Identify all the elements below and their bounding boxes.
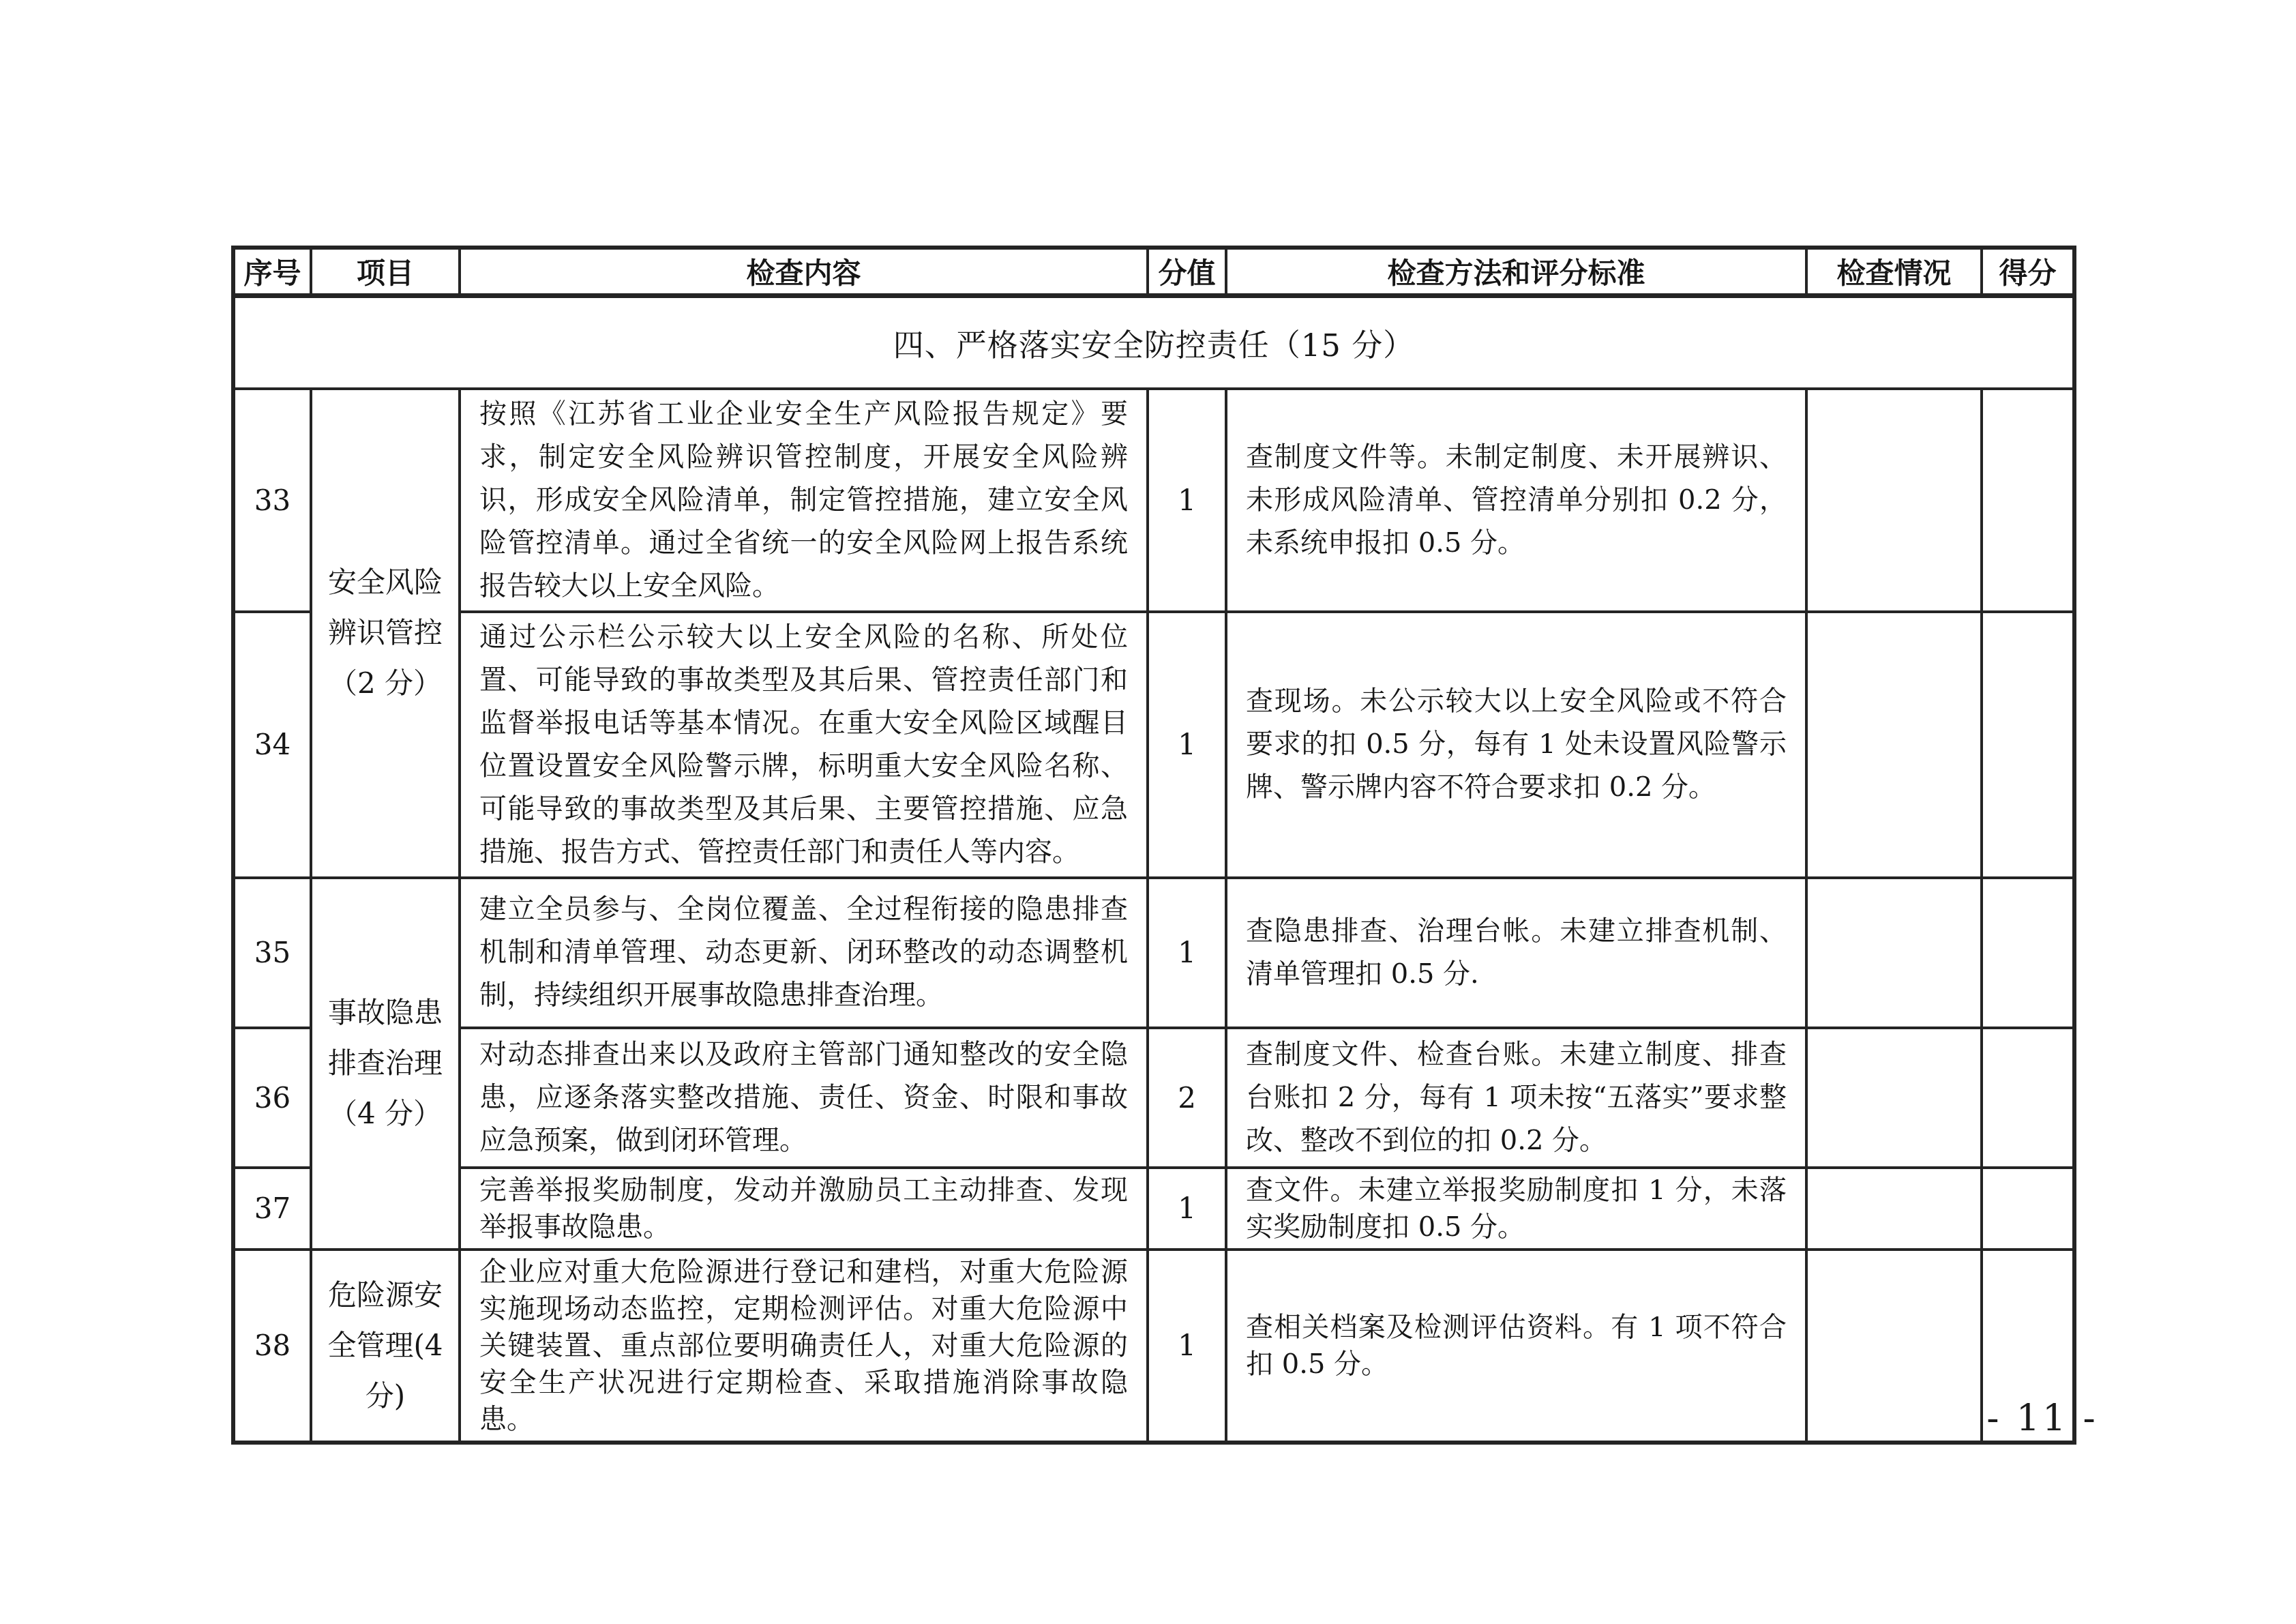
row-38-number: 38: [233, 1250, 311, 1443]
row-38-method: 查相关档案及检测评估资料。有 1 项不符合扣 0.5 分。: [1226, 1250, 1806, 1443]
row-36-number: 36: [233, 1028, 311, 1168]
row-35-score-value: 1: [1148, 878, 1226, 1028]
project-line: 事故隐患: [315, 988, 456, 1038]
row-37-method: 查文件。未建立举报奖励制度扣 1 分，未落实奖励制度扣 0.5 分。: [1226, 1168, 1806, 1250]
row-37-situation-cell: [1806, 1168, 1982, 1250]
row-34-number: 34: [233, 612, 311, 878]
row-37-score-value: 1: [1148, 1168, 1226, 1250]
project-line: 全管理(4: [315, 1320, 456, 1371]
row-33-content: 按照《江苏省工业企业安全生产风险报告规定》要求，制定安全风险辨识管控制度，开展安…: [460, 389, 1148, 612]
row-36-content: 对动态排查出来以及政府主管部门通知整改的安全隐患，应逐条落实整改措施、责任、资金…: [460, 1028, 1148, 1168]
row-34-content: 通过公示栏公示较大以上安全风险的名称、所处位置、可能导致的事故类型及其后果、管控…: [460, 612, 1148, 878]
table-row-38: 38 危险源安 全管理(4 分) 企业应对重大危险源进行登记和建档，对重大危险源…: [233, 1250, 2074, 1443]
row-37-content: 完善举报奖励制度，发动并激励员工主动排查、发现举报事故隐患。: [460, 1168, 1148, 1250]
row-37-number: 37: [233, 1168, 311, 1250]
section-title: 四、严格落实安全防控责任（15 分）: [233, 296, 2074, 389]
row-33-number: 33: [233, 389, 311, 612]
section-header-row: 四、严格落实安全防控责任（15 分）: [233, 296, 2074, 389]
row-33-score-value: 1: [1148, 389, 1226, 612]
row-34-score-value: 1: [1148, 612, 1226, 878]
row-38-score-value: 1: [1148, 1250, 1226, 1443]
table-row-36: 36 对动态排查出来以及政府主管部门通知整改的安全隐患，应逐条落实整改措施、责任…: [233, 1028, 2074, 1168]
row-37-obtained-cell: [1982, 1168, 2074, 1250]
row-35-obtained-cell: [1982, 878, 2074, 1028]
row-35-content: 建立全员参与、全岗位覆盖、全过程衔接的隐患排查机制和清单管理、动态更新、闭环整改…: [460, 878, 1148, 1028]
header-method: 检查方法和评分标准: [1226, 248, 1806, 296]
header-project: 项目: [311, 248, 460, 296]
row-36-obtained-cell: [1982, 1028, 2074, 1168]
header-score-obtained: 得分: [1982, 248, 2074, 296]
page-number: - 11 -: [1964, 1397, 2121, 1440]
inspection-checklist-table: 序号 项目 检查内容 分值 检查方法和评分标准 检查情况 得分 四、严格落实安全…: [231, 246, 2076, 1445]
row-34-obtained-cell: [1982, 612, 2074, 878]
project-line: 安全风险: [315, 557, 456, 608]
row-33-situation-cell: [1806, 389, 1982, 612]
table-header-row: 序号 项目 检查内容 分值 检查方法和评分标准 检查情况 得分: [233, 248, 2074, 296]
row-36-situation-cell: [1806, 1028, 1982, 1168]
row-35-situation-cell: [1806, 878, 1982, 1028]
project-line: （2 分）: [315, 658, 456, 709]
project-line: 辨识管控: [315, 608, 456, 658]
row-36-method: 查制度文件、检查台账。未建立制度、排查台账扣 2 分，每有 1 项未按“五落实”…: [1226, 1028, 1806, 1168]
row-34-method: 查现场。未公示较大以上安全风险或不符合要求的扣 0.5 分，每有 1 处未设置风…: [1226, 612, 1806, 878]
row-33-method: 查制度文件等。未制定制度、未开展辨识、未形成风险清单、管控清单分别扣 0.2 分…: [1226, 389, 1806, 612]
header-situation: 检查情况: [1806, 248, 1982, 296]
project-hazard-source: 危险源安 全管理(4 分): [311, 1250, 460, 1443]
project-line: （4 分）: [315, 1089, 456, 1139]
row-36-score-value: 2: [1148, 1028, 1226, 1168]
header-score-value: 分值: [1148, 248, 1226, 296]
row-33-obtained-cell: [1982, 389, 2074, 612]
project-risk-identification: 安全风险 辨识管控 （2 分）: [311, 389, 460, 878]
row-38-situation-cell: [1806, 1250, 1982, 1443]
project-line: 危险源安: [315, 1270, 456, 1320]
header-seq: 序号: [233, 248, 311, 296]
row-35-number: 35: [233, 878, 311, 1028]
project-hidden-danger: 事故隐患 排查治理 （4 分）: [311, 878, 460, 1250]
row-35-method: 查隐患排查、治理台帐。未建立排查机制、清单管理扣 0.5 分.: [1226, 878, 1806, 1028]
table-row-33: 33 安全风险 辨识管控 （2 分） 按照《江苏省工业企业安全生产风险报告规定》…: [233, 389, 2074, 612]
project-line: 分): [315, 1371, 456, 1421]
table-row-34: 34 通过公示栏公示较大以上安全风险的名称、所处位置、可能导致的事故类型及其后果…: [233, 612, 2074, 878]
project-line: 排查治理: [315, 1038, 456, 1089]
table-row-35: 35 事故隐患 排查治理 （4 分） 建立全员参与、全岗位覆盖、全过程衔接的隐患…: [233, 878, 2074, 1028]
table-row-37: 37 完善举报奖励制度，发动并激励员工主动排查、发现举报事故隐患。 1 查文件。…: [233, 1168, 2074, 1250]
row-38-content: 企业应对重大危险源进行登记和建档，对重大危险源实施现场动态监控，定期检测评估。对…: [460, 1250, 1148, 1443]
document-page: 序号 项目 检查内容 分值 检查方法和评分标准 检查情况 得分 四、严格落实安全…: [0, 0, 2296, 1624]
row-34-situation-cell: [1806, 612, 1982, 878]
header-content: 检查内容: [460, 248, 1148, 296]
